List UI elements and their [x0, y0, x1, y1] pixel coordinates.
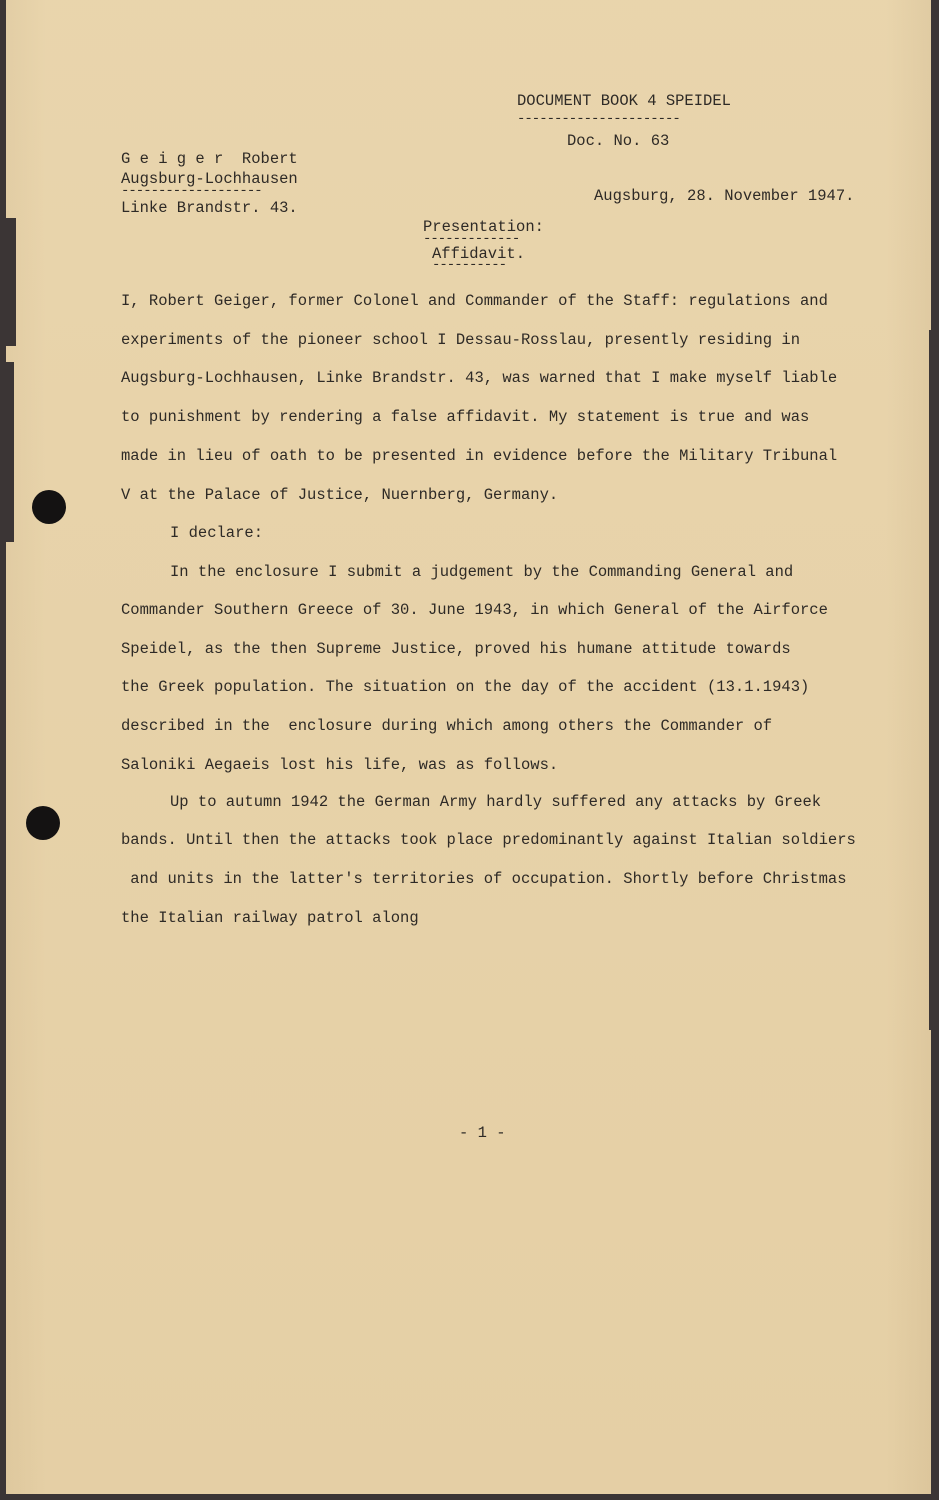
doc-number: Doc. No. 63 — [567, 132, 669, 150]
declaration-heading: I declare: — [170, 524, 263, 542]
body-line: Up to autumn 1942 the German Army hardly… — [170, 793, 821, 811]
body-line: and units in the latter's territories of… — [121, 870, 847, 888]
sender-name: G e i g e r Robert — [121, 150, 298, 168]
page-edge-shadow — [929, 330, 939, 1030]
body-line: to punishment by rendering a false affid… — [121, 408, 809, 426]
page-number: - 1 - — [459, 1124, 506, 1142]
document-book-title: DOCUMENT BOOK 4 SPEIDEL — [517, 92, 731, 110]
body-line: Commander Southern Greece of 30. June 19… — [121, 601, 828, 619]
document-page: DOCUMENT BOOK 4 SPEIDEL ----------------… — [6, 0, 931, 1494]
place-date: Augsburg, 28. November 1947. — [594, 187, 854, 205]
body-line: the Italian railway patrol along — [121, 909, 419, 927]
book-title-rule: ---------------------- — [517, 111, 680, 127]
torn-edge — [0, 362, 14, 542]
body-line: made in lieu of oath to be presented in … — [121, 447, 837, 465]
title-affidavit-rule: ---------- — [432, 257, 506, 273]
body-line: the Greek population. The situation on t… — [121, 678, 809, 696]
body-line: bands. Until then the attacks took place… — [121, 831, 856, 849]
body-line: Speidel, as the then Supreme Justice, pr… — [121, 640, 791, 658]
body-line: Saloniki Aegaeis lost his life, was as f… — [121, 756, 558, 774]
body-line: I, Robert Geiger, former Colonel and Com… — [121, 292, 828, 310]
body-line: In the enclosure I submit a judgement by… — [170, 563, 793, 581]
sender-street: Linke Brandstr. 43. — [121, 199, 298, 217]
torn-edge — [0, 218, 16, 346]
body-line: described in the enclosure during which … — [121, 717, 772, 735]
sender-city-rule: ------------------- — [121, 183, 262, 199]
body-line: Augsburg-Lochhausen, Linke Brandstr. 43,… — [121, 369, 837, 387]
body-line: V at the Palace of Justice, Nuernberg, G… — [121, 486, 558, 504]
body-line: experiments of the pioneer school I Dess… — [121, 331, 800, 349]
punch-hole — [32, 490, 66, 524]
punch-hole — [26, 806, 60, 840]
